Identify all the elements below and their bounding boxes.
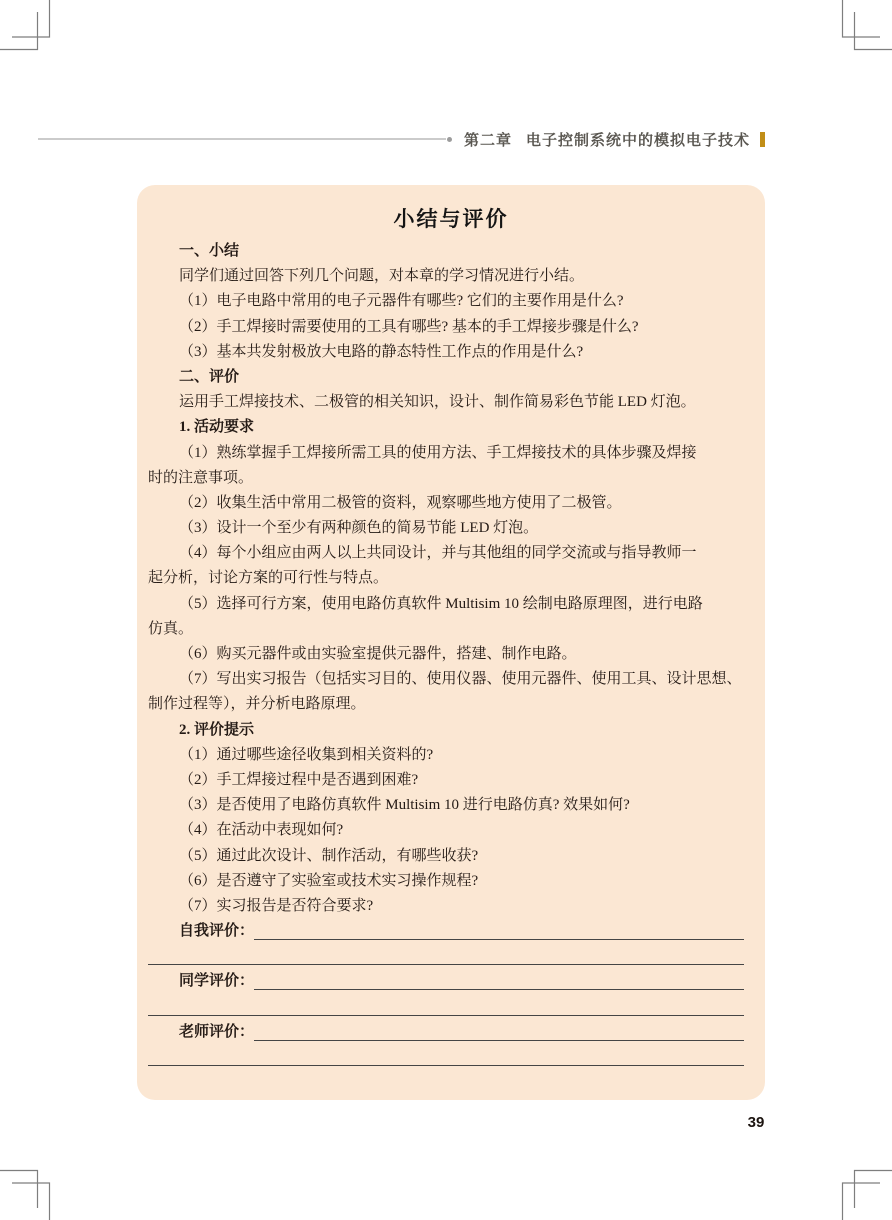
evaluation-row	[148, 1045, 744, 1070]
chapter-title: 电子控制系统中的模拟电子技术	[526, 129, 750, 150]
evaluation-label: 老师评价：	[148, 1020, 254, 1045]
text-line: （5）通过此次设计、制作活动，有哪些收获?	[148, 844, 744, 869]
gold-accent-bar-icon	[760, 132, 765, 147]
header-dot-icon	[447, 137, 452, 142]
text-line: （3）基本共发射极放大电路的静态特性工作点的作用是什么?	[148, 340, 744, 365]
text-line: 运用手工焊接技术、二极管的相关知识，设计、制作简易彩色节能 LED 灯泡。	[148, 390, 744, 415]
evaluation-row: 老师评价：	[148, 1020, 744, 1045]
crop-mark-bottom-right-icon	[832, 1160, 892, 1220]
header-rule	[38, 138, 446, 140]
evaluation-row	[148, 995, 744, 1020]
text-line: （5）选择可行方案，使用电路仿真软件 Multisim 10 绘制电路原理图，进…	[148, 592, 744, 617]
evaluation-row: 同学评价：	[148, 969, 744, 994]
text-line: 一、小结	[148, 239, 744, 264]
text-line: （2）收集生活中常用二极管的资料，观察哪些地方使用了二极管。	[148, 491, 744, 516]
text-line: （3）设计一个至少有两种颜色的简易节能 LED 灯泡。	[148, 516, 744, 541]
text-line: 时的注意事项。	[148, 466, 744, 491]
text-line: （6）是否遵守了实验室或技术实习操作规程?	[148, 869, 744, 894]
text-line: （4）每个小组应由两人以上共同设计，并与其他组的同学交流或与指导教师一	[148, 541, 744, 566]
text-line: （4）在活动中表现如何?	[148, 818, 744, 843]
evaluation-label: 同学评价：	[148, 969, 254, 994]
write-line	[254, 1020, 744, 1041]
text-line: 1. 活动要求	[148, 415, 744, 440]
text-line: （3）是否使用了电路仿真软件 Multisim 10 进行电路仿真? 效果如何?	[148, 793, 744, 818]
crop-mark-bottom-left-icon	[0, 1160, 60, 1220]
chapter-header: 第二章 电子控制系统中的模拟电子技术	[38, 129, 765, 149]
text-line: 起分析，讨论方案的可行性与特点。	[148, 566, 744, 591]
text-line: （7）实习报告是否符合要求?	[148, 894, 744, 919]
text-line: （6）购买元器件或由实验室提供元器件，搭建、制作电路。	[148, 642, 744, 667]
text-line: （1）电子电路中常用的电子元器件有哪些? 它们的主要作用是什么?	[148, 289, 744, 314]
crop-mark-top-left-icon	[0, 0, 60, 60]
text-line: （2）手工焊接时需要使用的工具有哪些? 基本的手工焊接步骤是什么?	[148, 315, 744, 340]
text-line: 制作过程等），并分析电路原理。	[148, 692, 744, 717]
evaluation-row	[148, 944, 744, 969]
text-line: （1）通过哪些途径收集到相关资料的?	[148, 743, 744, 768]
write-line	[148, 1045, 744, 1066]
panel-body: 一、小结同学们通过回答下列几个问题，对本章的学习情况进行小结。（1）电子电路中常…	[148, 239, 744, 1070]
book-page: { "colors": { "panel_bg": "#fbe7d3", "ac…	[0, 0, 892, 1220]
write-line	[148, 944, 744, 965]
text-line: 2. 评价提示	[148, 718, 744, 743]
text-line: 同学们通过回答下列几个问题，对本章的学习情况进行小结。	[148, 264, 744, 289]
text-line: 仿真。	[148, 617, 744, 642]
summary-panel: 小结与评价 一、小结同学们通过回答下列几个问题，对本章的学习情况进行小结。（1）…	[137, 185, 765, 1100]
write-line	[254, 969, 744, 990]
write-line	[148, 995, 744, 1016]
text-line: （7）写出实习报告（包括实习目的、使用仪器、使用元器件、使用工具、设计思想、	[148, 667, 744, 692]
crop-mark-top-right-icon	[832, 0, 892, 60]
write-line	[254, 919, 744, 940]
panel-title: 小结与评价	[137, 203, 765, 233]
page-number: 39	[742, 1114, 770, 1131]
evaluation-label: 自我评价：	[148, 919, 254, 944]
text-line: （2）手工焊接过程中是否遇到困难?	[148, 768, 744, 793]
text-line: 二、评价	[148, 365, 744, 390]
text-line: （1）熟练掌握手工焊接所需工具的使用方法、手工焊接技术的具体步骤及焊接	[148, 441, 744, 466]
evaluation-row: 自我评价：	[148, 919, 744, 944]
chapter-label: 第二章	[464, 129, 512, 150]
